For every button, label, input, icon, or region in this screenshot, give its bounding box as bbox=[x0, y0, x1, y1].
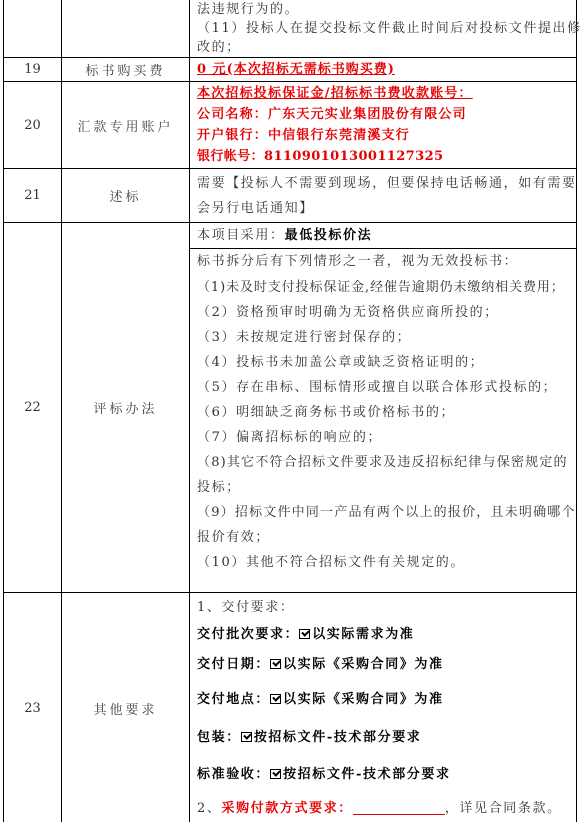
row-content: 法违规行为的。 （11）投标人在提交投标文件截止时间后对投标文件提出修 改的； bbox=[190, 0, 577, 58]
bid-document-fee: 0 元(本次招标无需标书购买费) bbox=[197, 59, 570, 81]
payment-prefix: 2、 bbox=[197, 801, 221, 816]
table-row-22: 22 评标办法 本项目采用：最低投标价法 标书拆分后有下列情形之一者，视为无效投… bbox=[4, 223, 577, 593]
content-line: 法违规行为的。 bbox=[197, 0, 570, 19]
row-item: 标书购买费 bbox=[62, 58, 190, 82]
requirement-batch: 交付批次要求：以实际需求为准 bbox=[197, 620, 570, 650]
row-content: 1、交付要求： 交付批次要求：以实际需求为准 交付日期：以实际《采购合同》为准 … bbox=[190, 593, 577, 822]
invalid-item: （6）明细缺乏商务标书或价格标书的； bbox=[197, 400, 570, 425]
table-row-21: 21 述标 需要【投标人不需要到现场，但要保持电话畅通，如有需要 会另行电话通知… bbox=[4, 169, 577, 223]
payment-suffix: ，详见合同条款。 bbox=[445, 801, 562, 816]
row-item: 其他要求 bbox=[62, 593, 190, 822]
row-content: 需要【投标人不需要到现场，但要保持电话畅通，如有需要 会另行电话通知】 bbox=[190, 169, 577, 223]
table-row-23: 23 其他要求 1、交付要求： 交付批次要求：以实际需求为准 交付日期：以实际《… bbox=[4, 593, 577, 822]
requirement-value: 以实际《采购合同》为准 bbox=[283, 657, 444, 672]
invalid-item: （4）投标书未加盖公章或缺乏资格证明的； bbox=[197, 350, 570, 375]
checkbox-checked-icon[interactable] bbox=[241, 732, 252, 742]
row-item: 汇款专用账户 bbox=[62, 82, 190, 169]
requirement-label: 包装： bbox=[197, 730, 241, 745]
content-line: 需要【投标人不需要到现场，但要保持电话畅通，如有需要 bbox=[197, 171, 570, 196]
row-number: 21 bbox=[4, 169, 62, 223]
requirement-label: 标准验收： bbox=[197, 767, 270, 782]
row-number: 20 bbox=[4, 82, 62, 169]
requirement-value: 按招标文件-技术部分要求 bbox=[283, 767, 451, 782]
content-line: 改的； bbox=[197, 38, 570, 57]
row-item: 评标办法 bbox=[62, 223, 190, 593]
invalid-intro: 标书拆分后有下列情形之一者，视为无效投标书： bbox=[197, 249, 570, 275]
requirement-value: 以实际《采购合同》为准 bbox=[283, 692, 444, 707]
requirement-label: 交付地点： bbox=[197, 692, 270, 707]
table-row-19: 19 标书购买费 0 元(本次招标无需标书购买费) bbox=[4, 58, 577, 82]
row-number: 22 bbox=[4, 223, 62, 593]
requirement-label: 交付日期： bbox=[197, 657, 270, 672]
requirement-value: 按招标文件-技术部分要求 bbox=[254, 730, 422, 745]
checkbox-checked-icon[interactable] bbox=[270, 769, 281, 779]
row-item bbox=[62, 0, 190, 58]
method-value: 最低投标价法 bbox=[285, 228, 373, 243]
table-row-20: 20 汇款专用账户 本次招标投标保证金/招标标书费收款账号： 公司名称：广东天元… bbox=[4, 82, 577, 169]
requirement-location: 交付地点：以实际《采购合同》为准 bbox=[197, 680, 570, 720]
payment-requirement: 2、采购付款方式要求：，详见合同条款。 bbox=[197, 794, 570, 822]
row-content: 0 元(本次招标无需标书购买费) bbox=[190, 58, 577, 82]
bid-terms-table: 法违规行为的。 （11）投标人在提交投标文件截止时间后对投标文件提出修 改的； … bbox=[3, 0, 577, 822]
invalid-item: （2）资格预审时明确为无资格供应商所投的； bbox=[197, 300, 570, 325]
method-label: 本项目采用： bbox=[197, 228, 285, 243]
requirement-packaging: 包装：按招标文件-技术部分要求 bbox=[197, 720, 570, 756]
invalid-item: （8)其它不符合招标文件要求及违反招标纪律与保密规定的 bbox=[197, 450, 570, 475]
content-line: 会另行电话通知】 bbox=[197, 196, 570, 221]
evaluation-method: 本项目采用：最低投标价法 bbox=[197, 223, 570, 248]
row-number: 23 bbox=[4, 593, 62, 822]
requirement-value: 以实际需求为准 bbox=[312, 627, 414, 642]
payment-method-field[interactable] bbox=[353, 800, 445, 815]
invalid-item: （1)未及时支付投标保证金,经催告逾期仍未缴纳相关费用； bbox=[197, 275, 570, 300]
invalid-item: （7）偏离招标标的响应的； bbox=[197, 425, 570, 450]
content-line: （11）投标人在提交投标文件截止时间后对投标文件提出修 bbox=[197, 19, 570, 38]
account-heading: 本次招标投标保证金/招标标书费收款账号： bbox=[197, 83, 570, 104]
checkbox-checked-icon[interactable] bbox=[299, 629, 310, 639]
invalid-item: （5）存在串标、围标情形或擅自以联合体形式投标的； bbox=[197, 375, 570, 400]
company-name: 公司名称：广东天元实业集团股份有限公司 bbox=[197, 104, 570, 125]
checkbox-checked-icon[interactable] bbox=[270, 694, 281, 704]
invalid-item: （3）未按规定进行密封保存的； bbox=[197, 325, 570, 350]
bank-name: 开户银行：中信银行东莞清溪支行 bbox=[197, 125, 570, 146]
row-item: 述标 bbox=[62, 169, 190, 223]
invalid-item: 报价有效； bbox=[197, 525, 570, 550]
requirement-label: 交付批次要求： bbox=[197, 627, 299, 642]
delivery-title: 1、交付要求： bbox=[197, 596, 570, 620]
invalid-bid-conditions: 标书拆分后有下列情形之一者，视为无效投标书： （1)未及时支付投标保证金,经催告… bbox=[190, 248, 576, 575]
invalid-item: 投标； bbox=[197, 475, 570, 500]
invalid-item: （9）招标文件中同一产品有两个以上的报价，且未明确哪个 bbox=[197, 500, 570, 525]
requirement-date: 交付日期：以实际《采购合同》为准 bbox=[197, 650, 570, 680]
requirement-acceptance: 标准验收：按招标文件-技术部分要求 bbox=[197, 756, 570, 794]
invalid-item: （10）其他不符合招标文件有关规定的。 bbox=[197, 550, 570, 575]
row-content: 本项目采用：最低投标价法 标书拆分后有下列情形之一者，视为无效投标书： （1)未… bbox=[190, 223, 577, 593]
checkbox-checked-icon[interactable] bbox=[270, 659, 281, 669]
table-row-continuation: 法违规行为的。 （11）投标人在提交投标文件截止时间后对投标文件提出修 改的； bbox=[4, 0, 577, 58]
row-number: 19 bbox=[4, 58, 62, 82]
row-number bbox=[4, 0, 62, 58]
row-content: 本次招标投标保证金/招标标书费收款账号： 公司名称：广东天元实业集团股份有限公司… bbox=[190, 82, 577, 169]
payment-label: 采购付款方式要求： bbox=[221, 801, 352, 816]
bank-account-number: 银行帐号：8110901013001127325 bbox=[197, 146, 570, 167]
